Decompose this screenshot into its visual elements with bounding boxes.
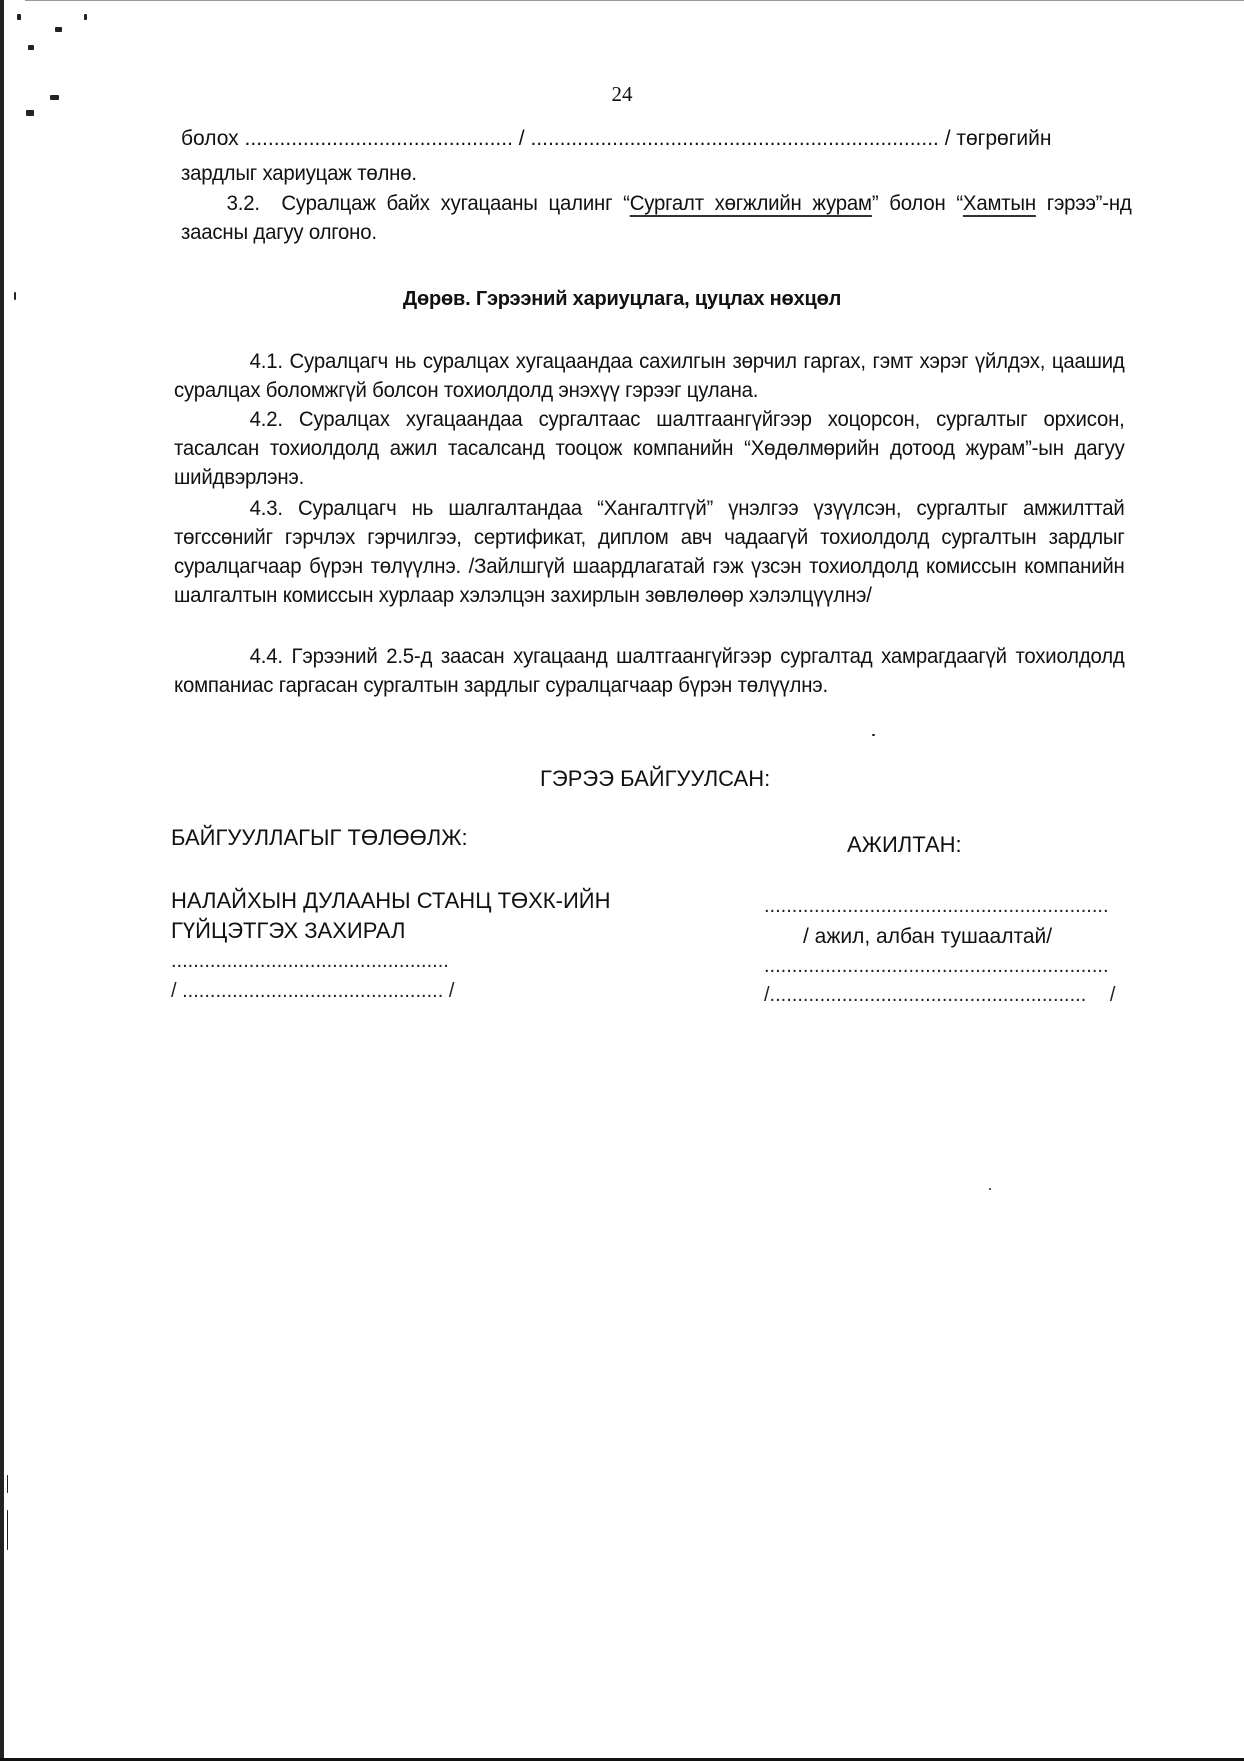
clause-number: 4.2. (250, 408, 283, 431)
employee-name-field[interactable]: /.......................................… (764, 984, 1115, 1007)
continuation-start: болох (181, 127, 239, 150)
scan-speck (28, 45, 34, 50)
scan-speck (7, 1475, 8, 1493)
clause-text: Суралцагч нь суралцах хугацаандаа сахилг… (174, 350, 1125, 402)
employer-org-line-1: НАЛАЙХЫН ДУЛААНЫ СТАНЦ ТӨХК-ИЙН (171, 888, 610, 914)
amount-number-blank: ........................................… (245, 127, 513, 150)
clause-4-1: 4.1. Суралцагч нь суралцах хугацаандаа с… (174, 347, 1125, 405)
clause-text: Суралцагч нь шалгалтандаа “Хангалтгүй” ү… (174, 497, 1125, 607)
scan-speck (17, 14, 21, 20)
clause-text: Суралцах хугацаандаа сургалтаас шалтгаан… (174, 408, 1125, 489)
employer-signature-field[interactable]: ........................................… (171, 950, 449, 973)
scan-edge-left (0, 0, 4, 1761)
clause-number: 4.1. (250, 350, 283, 373)
amount-words-blank: ........................................… (530, 127, 938, 150)
continuation-end: / төгрөгийн (945, 127, 1052, 150)
signatures-title: ГЭРЭЭ БАЙГУУЛСАН: (540, 766, 770, 792)
scan-speck (84, 14, 87, 20)
clause-4-2: 4.2. Суралцах хугацаандаа сургалтаас шал… (174, 405, 1125, 492)
scan-speck (7, 1510, 8, 1550)
scan-speck (872, 734, 875, 736)
clause-3-2: 3.2. Суралцаж байх хугацааны цалинг “Сур… (181, 189, 1132, 247)
scan-edge-top (25, 0, 1244, 1)
employee-signature-field[interactable]: ........................................… (764, 955, 1109, 978)
employer-name-field[interactable]: / ......................................… (171, 980, 454, 1003)
scan-speck (989, 1188, 991, 1190)
employee-label: АЖИЛТАН: (847, 832, 962, 858)
underlined-reference: Сургалт хөгжлийн журам (630, 192, 872, 215)
clause-number: 4.3. (250, 497, 283, 520)
continuation-line-2: зардлыг хариуцаж төлнө. (181, 159, 1132, 188)
clause-number: 3.2. (227, 192, 260, 215)
clause-text: Суралцаж байх хугацааны цалинг “ (281, 192, 629, 215)
clause-4-3: 4.3. Суралцагч нь шалгалтандаа “Хангалтг… (174, 494, 1125, 610)
clause-text: Гэрээний 2.5-д заасан хугацаанд шалтгаан… (174, 645, 1125, 697)
section-heading: Дөрөв. Гэрээний хариуцлага, цуцлах нөхцө… (0, 288, 1244, 311)
page-number: 24 (0, 82, 1244, 107)
employee-position-hint: / ажил, албан тушаалтай/ (803, 925, 1052, 949)
clause-text: ” болон “ (872, 192, 963, 215)
scan-speck (26, 110, 34, 116)
blank-separator: / (519, 127, 525, 150)
continuation-line-1: болох ..................................… (181, 127, 1051, 151)
employer-label: БАЙГУУЛЛАГЫГ ТӨЛӨӨЛЖ: (171, 825, 468, 851)
scan-speck (55, 27, 62, 32)
employee-position-field[interactable]: ........................................… (764, 895, 1109, 918)
underlined-reference: Хамтын (963, 192, 1036, 215)
clause-4-4: 4.4. Гэрээний 2.5-д заасан хугацаанд шал… (174, 642, 1125, 700)
employer-org-line-2: ГҮЙЦЭТГЭХ ЗАХИРАЛ (171, 918, 406, 944)
clause-number: 4.4. (250, 645, 283, 668)
employee-name-end: / (1110, 984, 1116, 1006)
employee-name-dots: /.......................................… (764, 984, 1086, 1006)
